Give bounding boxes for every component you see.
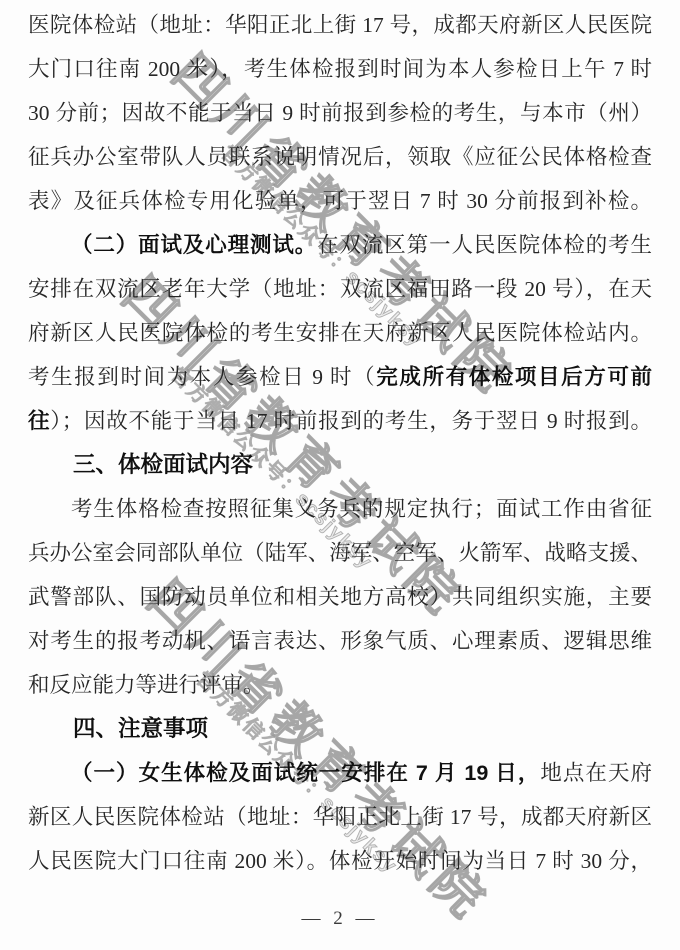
- text-segment: 表》及征兵体检专用化验单，可于翌日 7 时 30 分前报到补检。: [28, 189, 652, 213]
- text-segment: 大门口往南 200 米），考生体检报到时间为本人参检日上午 7 时: [28, 57, 652, 81]
- page-number: — 2 —: [0, 908, 680, 930]
- text-line: 表》及征兵体检专用化验单，可于翌日 7 时 30 分前报到补检。: [28, 179, 652, 223]
- document-body: 医院体检站（地址：华阳正北上街 17 号，成都天府新区人民医院大门口往南 200…: [28, 3, 652, 883]
- bold-text-segment: 四、注意事项: [73, 716, 208, 741]
- text-segment: 在双流区第一人民医院体检的考生: [317, 233, 652, 257]
- bold-text-segment: 完成所有体检项目后方可前: [376, 365, 652, 389]
- bold-text-segment: （一）女生体检及面试统一安排在 7 月 19 日，: [71, 761, 540, 785]
- text-line: 考生报到时间为本人参检日 9 时（完成所有体检项目后方可前: [28, 355, 652, 399]
- text-line: 征兵办公室带队人员联系说明情况后，领取《应征公民体格检查: [28, 135, 652, 179]
- text-line: 新区人民医院体检站（地址：华阳正北上街 17 号，成都天府新区: [28, 795, 652, 839]
- text-segment: ）；因故不能于当日 17 时前报到的考生，务于翌日 9 时报到。: [50, 409, 652, 433]
- text-segment: 人民医院大门口往南 200 米）。体检开始时间为当日 7 时 30 分，: [28, 849, 652, 873]
- text-line: 对考生的报考动机、语言表达、形象气质、心理素质、逻辑思维: [28, 619, 652, 663]
- bold-text-segment: （二）面试及心理测试。: [71, 233, 317, 257]
- text-line: （二）面试及心理测试。在双流区第一人民医院体检的考生: [28, 223, 652, 267]
- text-line: 考生体格检查按照征集义务兵的规定执行；面试工作由省征: [28, 487, 652, 531]
- text-segment: 武警部队、国防动员单位和相关地方高校）共同组织实施，主要: [28, 585, 652, 609]
- bold-text-segment: 三、体检面试内容: [73, 452, 253, 477]
- text-line: 人民医院大门口往南 200 米）。体检开始时间为当日 7 时 30 分，: [28, 839, 652, 883]
- text-line: （一）女生体检及面试统一安排在 7 月 19 日，地点在天府: [28, 751, 652, 795]
- text-segment: 和反应能力等进行评审。: [28, 673, 265, 697]
- text-line: 安排在双流区老年大学（地址：双流区福田路一段 20 号），在天: [28, 267, 652, 311]
- text-line: 医院体检站（地址：华阳正北上街 17 号，成都天府新区人民医院: [28, 3, 652, 47]
- text-segment: 征兵办公室带队人员联系说明情况后，领取《应征公民体格检查: [28, 145, 652, 169]
- text-segment: 府新区人民医院体检的考生安排在天府新区人民医院体检站内。: [28, 321, 652, 345]
- text-segment: 30 分前；因故不能于当日 9 时前报到参检的考生，与本市（州）: [28, 101, 652, 125]
- text-segment: 医院体检站（地址：华阳正北上街 17 号，成都天府新区人民医院: [28, 13, 652, 37]
- text-segment: 新区人民医院体检站（地址：华阳正北上街 17 号，成都天府新区: [28, 805, 652, 829]
- text-segment: 对考生的报考动机、语言表达、形象气质、心理素质、逻辑思维: [28, 629, 652, 653]
- text-line: 兵办公室会同部队单位（陆军、海军、空军、火箭军、战略支援、: [28, 531, 652, 575]
- bold-text-segment: 往: [28, 409, 50, 433]
- text-segment: 考生体格检查按照征集义务兵的规定执行；面试工作由省征: [71, 497, 652, 521]
- text-segment: 考生报到时间为本人参检日 9 时（: [28, 365, 376, 389]
- section-heading: 四、注意事项: [28, 707, 652, 751]
- text-segment: 兵办公室会同部队单位（陆军、海军、空军、火箭军、战略支援、: [28, 541, 652, 565]
- text-line: 武警部队、国防动员单位和相关地方高校）共同组织实施，主要: [28, 575, 652, 619]
- text-line: 大门口往南 200 米），考生体检报到时间为本人参检日上午 7 时: [28, 47, 652, 91]
- text-line: 和反应能力等进行评审。: [28, 663, 652, 707]
- text-line: 30 分前；因故不能于当日 9 时前报到参检的考生，与本市（州）: [28, 91, 652, 135]
- text-segment: 安排在双流区老年大学（地址：双流区福田路一段 20 号），在天: [28, 277, 652, 301]
- document-page: 四川省教育考试院 官方微信公众号：scsjyksy 四川省教育考试院 官方微信公…: [0, 0, 680, 950]
- text-segment: 地点在天府: [540, 761, 652, 785]
- text-line: 府新区人民医院体检的考生安排在天府新区人民医院体检站内。: [28, 311, 652, 355]
- text-line: 往）；因故不能于当日 17 时前报到的考生，务于翌日 9 时报到。: [28, 399, 652, 443]
- section-heading: 三、体检面试内容: [28, 443, 652, 487]
